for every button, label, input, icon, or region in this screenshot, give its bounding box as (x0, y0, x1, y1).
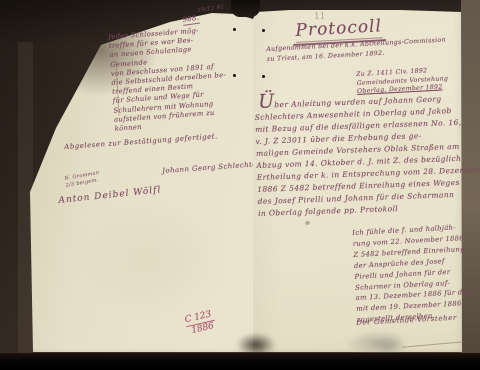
bottom-scanner-strip (0, 353, 480, 370)
paper-speck (305, 221, 310, 225)
binding-hole (262, 75, 265, 78)
quoted-decree-text: Ich fühle die f. und halbjäh-rung vom 22… (352, 222, 475, 326)
binding-hole (233, 28, 236, 31)
protocol-body-text: Über Anleitung wurden auf Johann GeorgSc… (254, 88, 480, 220)
scanned-document: 19/12 92 988. Jeder Schlosseider mög-tre… (0, 0, 480, 370)
binding-hole (262, 29, 265, 32)
left-body-text: Jeder Schlosseider mög-treffen für es wa… (108, 25, 230, 134)
corner-date: 19/12 92 (197, 4, 225, 14)
binding-hole (233, 74, 236, 77)
binding-shadow-top (231, 0, 260, 17)
